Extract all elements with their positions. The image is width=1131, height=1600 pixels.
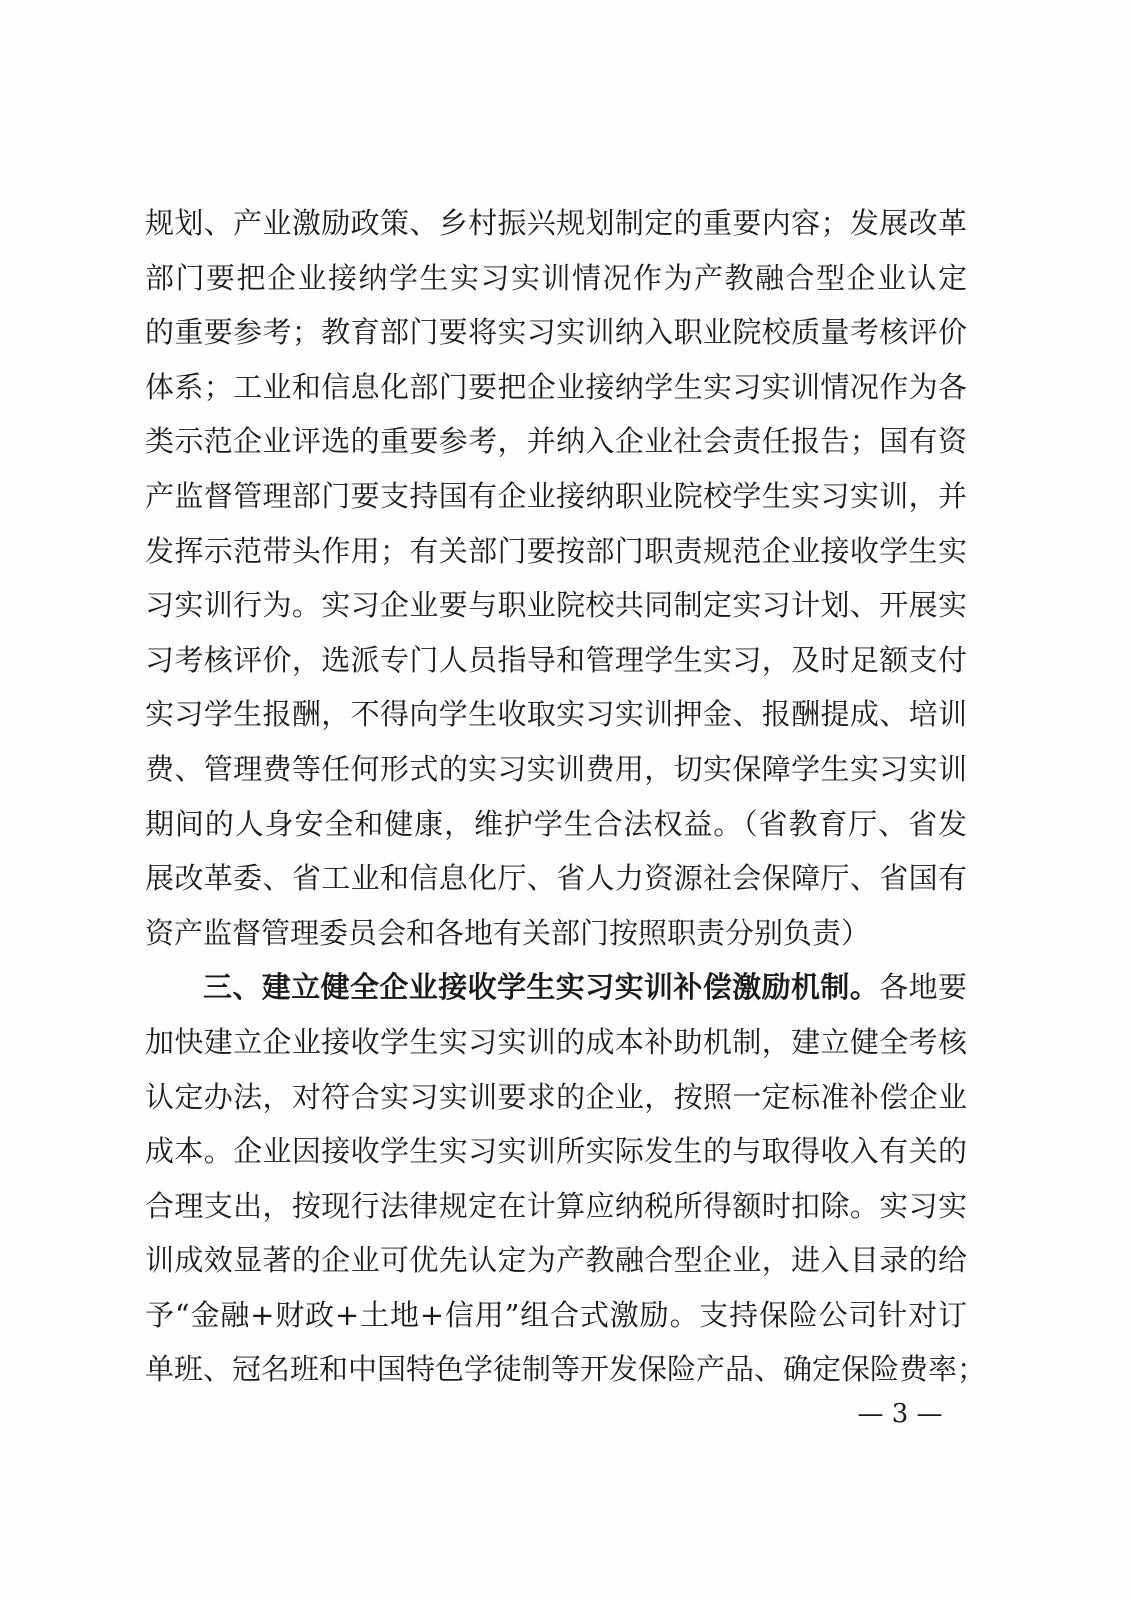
text-line: 认定办法，对符合实习实训要求的企业，按照一定标准补偿企业 [145,1070,967,1125]
text-line: 类示范企业评选的重要参考，并纳入企业社会责任报告；国有资 [145,414,967,469]
text-line: 产监督管理部门要支持国有企业接纳职业院校学生实习实训，并 [145,469,967,524]
text-line: 习实训行为。实习企业要与职业院校共同制定实习计划、开展实 [145,578,967,633]
text-line: 部门要把企业接纳学生实习实训情况作为产教融合型企业认定 [145,251,967,306]
text-line: 实习学生报酬，不得向学生收取实习实训押金、报酬提成、培训 [145,687,967,742]
text-line: 期间的人身安全和健康，维护学生合法权益。（省教育厅、省发 [145,797,967,852]
text-line: 展改革委、省工业和信息化厅、省人力资源社会保障厅、省国有 [145,851,967,906]
text-line: 体系；工业和信息化部门要把企业接纳学生实习实训情况作为各 [145,360,967,415]
section-heading-continuation: 各地要 [879,970,967,1004]
body-text: 规划、产业激励政策、乡村振兴规划制定的重要内容；发展改革 部门要把企业接纳学生实… [145,196,967,1397]
section-heading: 三、建立健全企业接收学生实习实训补偿激励机制。 [203,970,879,1004]
text-line: 习考核评价，选派专门人员指导和管理学生实习，及时足额支付 [145,633,967,688]
section-heading-line: 三、建立健全企业接收学生实习实训补偿激励机制。各地要 [145,960,967,1015]
text-line-paragraph-end: 资产监督管理委员会和各地有关部门按照职责分别负责） [145,906,967,961]
page-number: — 3 — [855,1396,945,1432]
text-line: 成本。企业因接收学生实习实训所实际发生的与取得收入有关的 [145,1124,967,1179]
text-line: 的重要参考；教育部门要将实习实训纳入职业院校质量考核评价 [145,305,967,360]
text-line: 予“金融+财政+土地+信用”组合式激励。支持保险公司针对订 [145,1288,967,1343]
text-line: 加快建立企业接收学生实习实训的成本补助机制，建立健全考核 [145,1015,967,1070]
text-line: 费、管理费等任何形式的实习实训费用，切实保障学生实习实训 [145,742,967,797]
text-line: 合理支出，按现行法律规定在计算应纳税所得额时扣除。实习实 [145,1179,967,1234]
text-line: 单班、冠名班和中国特色学徒制等开发保险产品、确定保险费率； [145,1342,967,1397]
text-line: 发挥示范带头作用；有关部门要按部门职责规范企业接收学生实 [145,524,967,579]
document-page: 规划、产业激励政策、乡村振兴规划制定的重要内容；发展改革 部门要把企业接纳学生实… [0,0,1131,1600]
text-line: 规划、产业激励政策、乡村振兴规划制定的重要内容；发展改革 [145,196,967,251]
text-line: 训成效显著的企业可优先认定为产教融合型企业，进入目录的给 [145,1233,967,1288]
